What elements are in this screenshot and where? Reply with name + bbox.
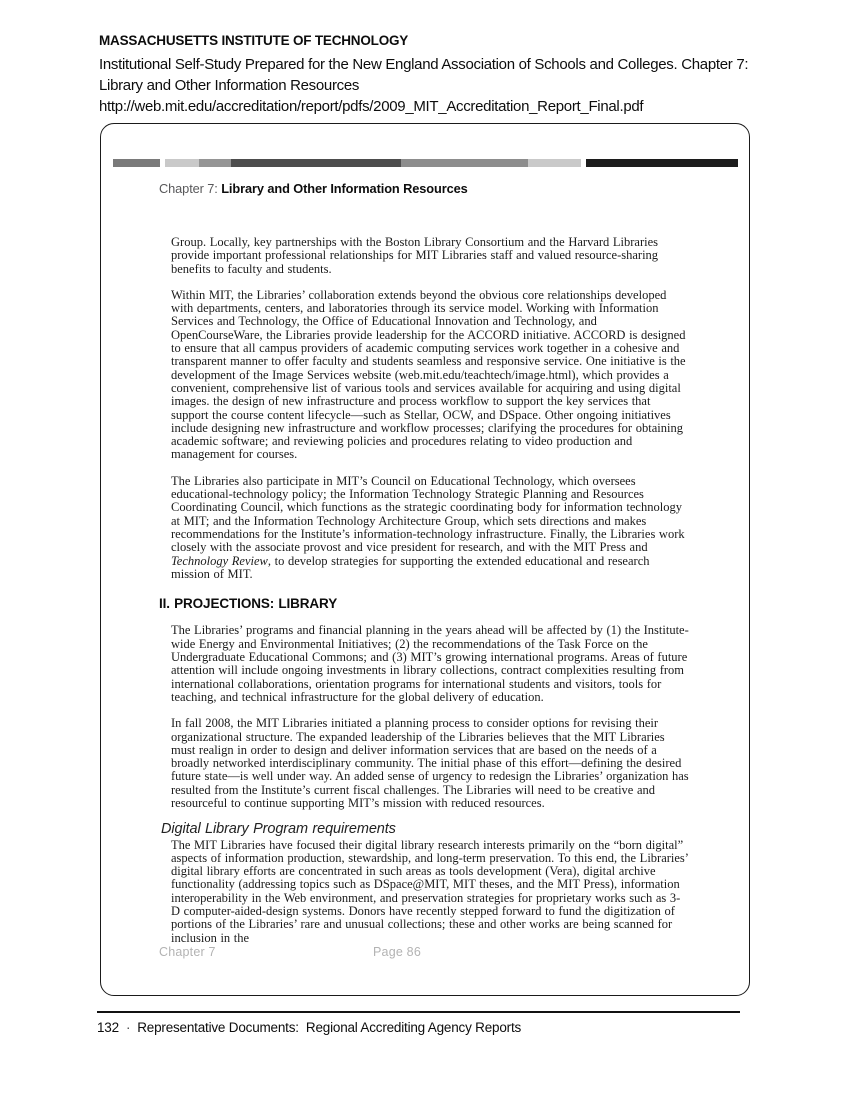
- bar-segment-5: [401, 159, 528, 167]
- paragraph-text: The Libraries also participate in MIT’s …: [171, 474, 685, 554]
- book-caption-text: Representative Documents: Regional Accre…: [137, 1020, 521, 1035]
- paragraph: In fall 2008, the MIT Libraries initiate…: [171, 717, 689, 810]
- chapter-heading: Chapter 7: Library and Other Information…: [159, 181, 468, 196]
- book-footer: 132·Representative Documents: Regional A…: [97, 1020, 521, 1035]
- screenshot-root: MASSACHUSETTS INSTITUTE OF TECHNOLOGY In…: [0, 0, 849, 1100]
- paragraph: The MIT Libraries have focused their dig…: [171, 839, 689, 945]
- footer-chapter-label: Chapter 7: [159, 945, 216, 959]
- paragraph: Within MIT, the Libraries’ collaboration…: [171, 289, 689, 462]
- chapter-label: Chapter 7:: [159, 181, 221, 196]
- italic-journal-title: Technology Review: [171, 554, 268, 568]
- report-page: Chapter 7: Library and Other Information…: [100, 123, 750, 996]
- bar-segment-2: [165, 159, 199, 167]
- paragraph: The Libraries’ programs and financial pl…: [171, 624, 689, 704]
- bar-segment-3: [199, 159, 231, 167]
- document-subtitle: Institutional Self-Study Prepared for th…: [99, 54, 767, 96]
- document-url: http://web.mit.edu/accreditation/report/…: [99, 96, 767, 117]
- bar-segment-6: [528, 159, 581, 167]
- bar-segment-7: [586, 159, 738, 167]
- decorative-color-bar: [113, 159, 738, 167]
- document-header: MASSACHUSETTS INSTITUTE OF TECHNOLOGY In…: [99, 33, 767, 117]
- institution-name: MASSACHUSETTS INSTITUTE OF TECHNOLOGY: [99, 33, 767, 48]
- paragraph: The Libraries also participate in MIT’s …: [171, 475, 689, 581]
- book-page-number: 132: [97, 1020, 119, 1035]
- subsection-heading: Digital Library Program requirements: [161, 823, 689, 836]
- divider-line: [97, 1011, 740, 1013]
- paragraph: Group. Locally, key partnerships with th…: [171, 236, 689, 276]
- chapter-title: Library and Other Information Resources: [221, 181, 467, 196]
- section-heading: II. PROJECTIONS: LIBRARY: [159, 597, 689, 610]
- bar-segment-4: [231, 159, 401, 167]
- separator-dot: ·: [126, 1020, 130, 1035]
- bar-segment-1: [113, 159, 160, 167]
- page-body: Group. Locally, key partnerships with th…: [171, 236, 689, 958]
- footer-page-number: Page 86: [373, 945, 421, 959]
